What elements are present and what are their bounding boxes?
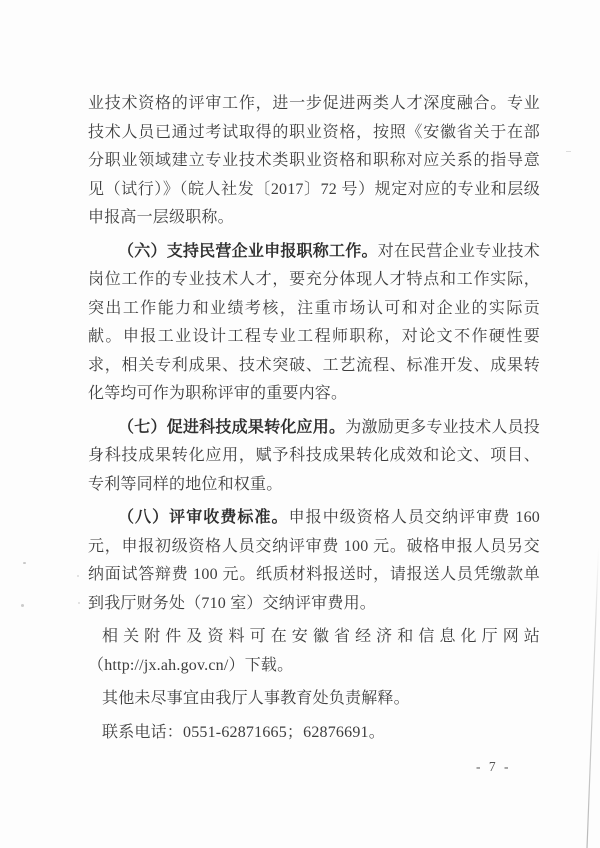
scan-speck xyxy=(77,575,79,577)
scan-speck xyxy=(23,562,26,564)
paragraph-continuation: 业技术资格的评审工作，进一步促进两类人才深度融合。专业技术人员已通过考试取得的职… xyxy=(88,90,540,233)
scan-speck xyxy=(78,602,80,604)
item-6-body: 对在民营企业专业技术岗位工作的专业技术人才，要充分体现人才特点和工作实际，突出工… xyxy=(88,243,540,403)
scan-speck xyxy=(566,151,571,152)
paragraph-contact-phone: 联系电话：0551-62871665；62876691。 xyxy=(88,719,540,748)
website-url: （http://jx.ah.gov.cn/） xyxy=(88,657,245,674)
document-body: 业技术资格的评审工作，进一步促进两类人才深度融合。专业技术人员已通过考试取得的职… xyxy=(88,90,540,752)
paragraph-attachment: 相关附件及资料可在安徽省经济和信息化厅网站（http://jx.ah.gov.c… xyxy=(88,623,540,680)
paragraph-item-8: （八）评审收费标准。申报中级资格人员交纳评审费 160 元，申报初级资格人员交纳… xyxy=(88,504,540,618)
attachment-text: 相关附件及资料可在安徽省经济和信息化厅网站 xyxy=(102,628,540,645)
paragraph-item-6: （六）支持民营企业申报职称工作。对在民营企业专业技术岗位工作的专业技术人才，要充… xyxy=(88,238,540,409)
scan-speck xyxy=(21,604,24,607)
paragraph-item-7: （七）促进科技成果转化应用。为激励更多专业技术人员投身科技成果转化应用，赋予科技… xyxy=(88,414,540,500)
item-6-heading: （六）支持民营企业申报职称工作。 xyxy=(118,243,378,260)
item-7-heading: （七）促进科技成果转化应用。 xyxy=(118,419,345,436)
item-8-heading: （八）评审收费标准。 xyxy=(118,509,289,526)
paragraph-interpretation: 其他未尽事宜由我厅人事教育处负责解释。 xyxy=(88,685,540,714)
attachment-suffix: 下载。 xyxy=(245,657,294,674)
document-page: 业技术资格的评审工作，进一步促进两类人才深度融合。专业技术人员已通过考试取得的职… xyxy=(0,0,600,848)
page-number: - 7 - xyxy=(476,759,511,775)
